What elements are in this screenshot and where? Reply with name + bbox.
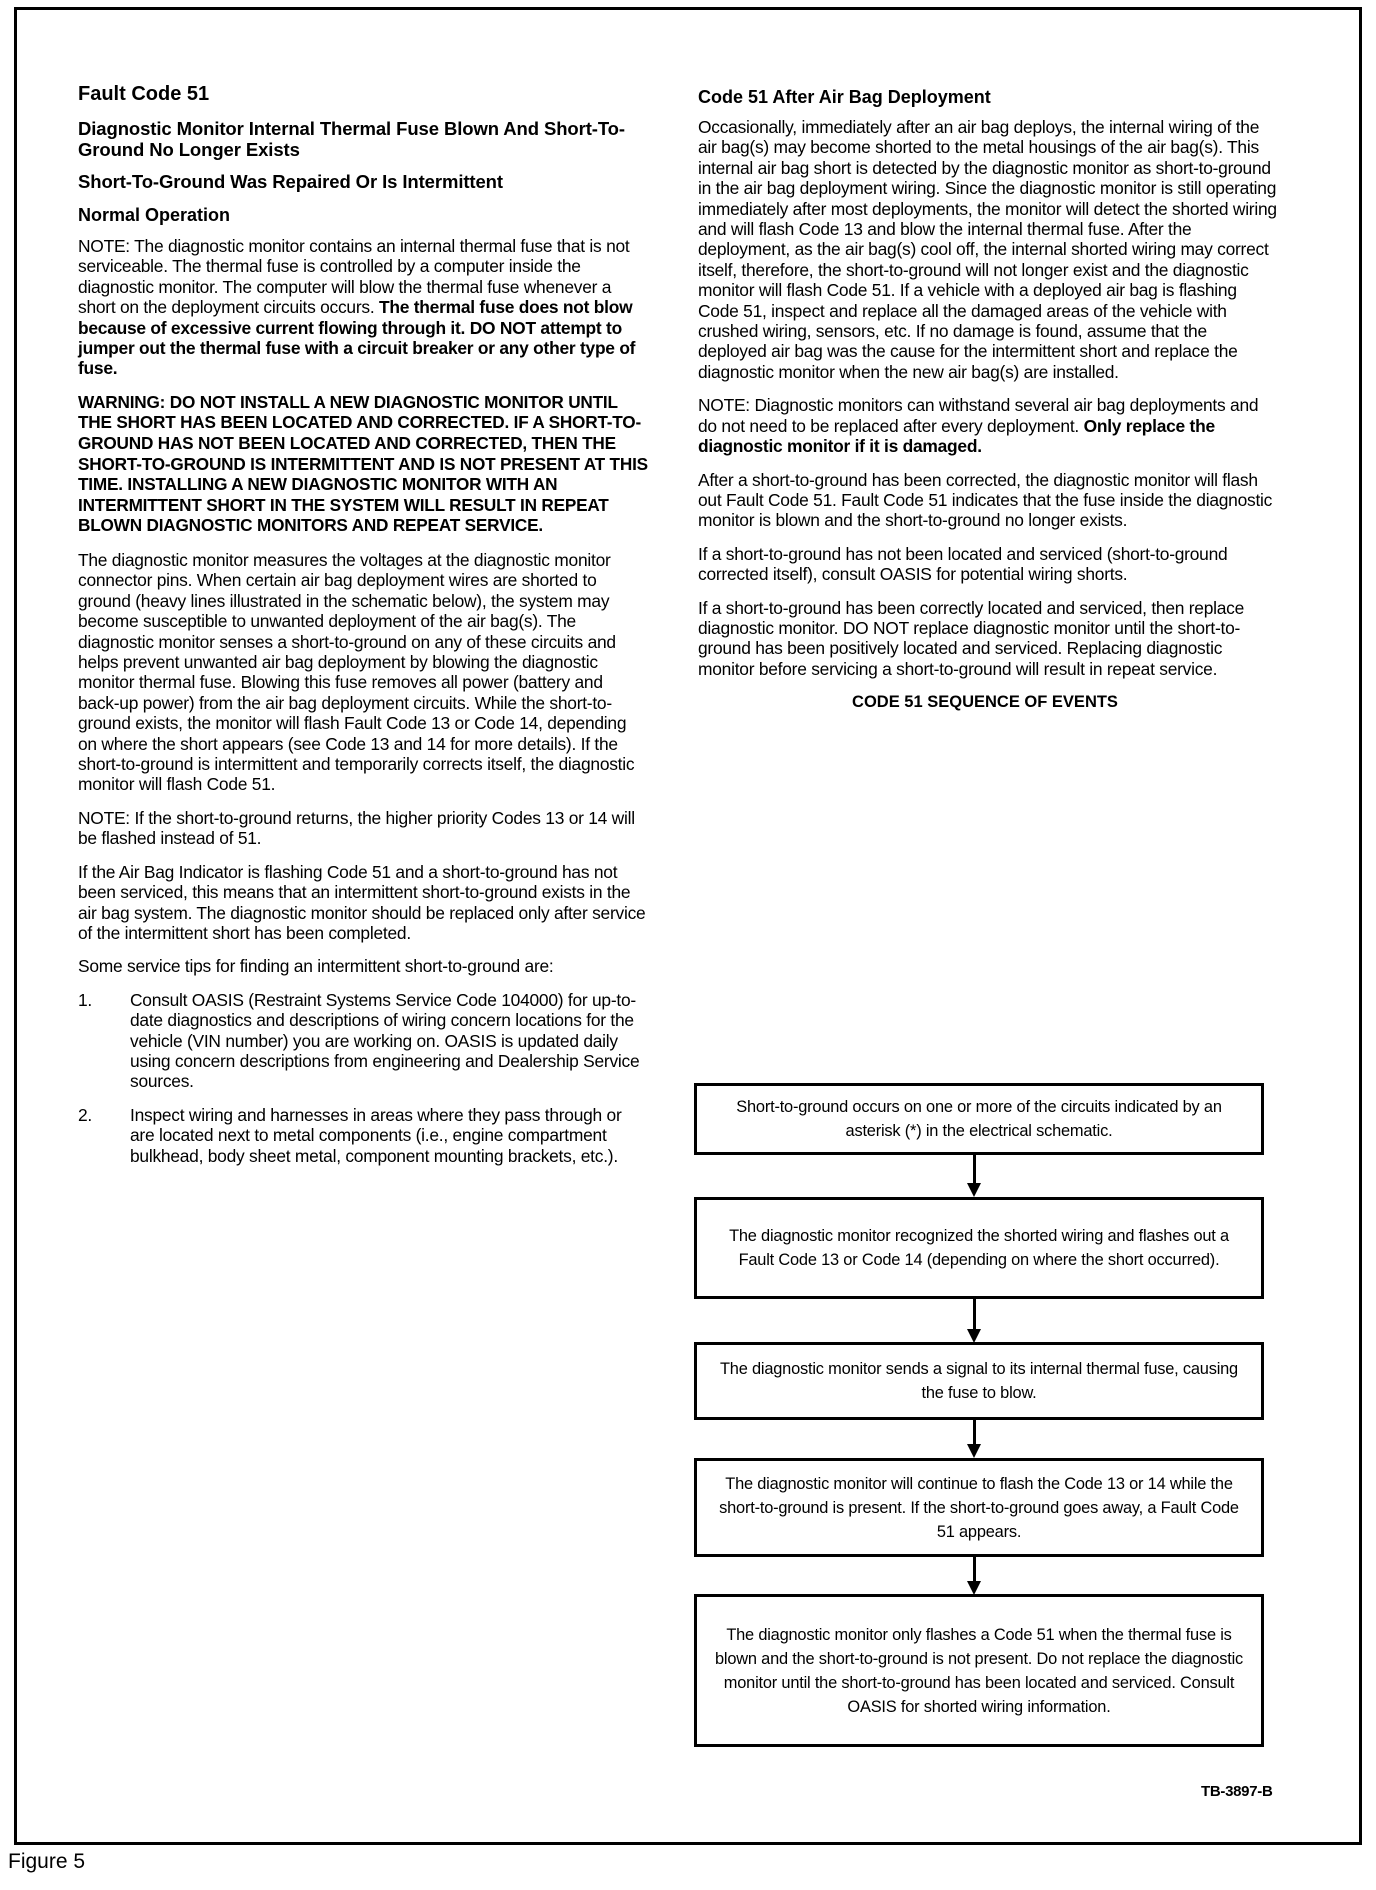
figure-caption: Figure 5 xyxy=(8,1849,85,1875)
tips-intro: Some service tips for finding an intermi… xyxy=(78,956,648,976)
flow-step-text: The diagnostic monitor recognized the sh… xyxy=(711,1224,1247,1272)
paragraph-after-deployment: Occasionally, immediately after an air b… xyxy=(698,117,1278,382)
flow-step-text: The diagnostic monitor only flashes a Co… xyxy=(711,1623,1247,1719)
list-item-text: Consult OASIS (Restraint Systems Service… xyxy=(130,990,648,1092)
note-short-returns: NOTE: If the short-to-ground returns, th… xyxy=(78,808,648,849)
paragraph-consult-oasis: If a short-to-ground has not been locate… xyxy=(698,544,1278,585)
reference-code: TB-3897-B xyxy=(1201,1783,1273,1800)
flow-step-text: Short-to-ground occurs on one or more of… xyxy=(711,1095,1247,1143)
note-withstand-deployments: NOTE: Diagnostic monitors can withstand … xyxy=(698,395,1278,456)
flow-step-4: The diagnostic monitor will continue to … xyxy=(694,1458,1264,1557)
heading-after-deployment: Code 51 After Air Bag Deployment xyxy=(698,86,1278,108)
paragraph-short-corrected: After a short-to-ground has been correct… xyxy=(698,470,1278,531)
left-column: Fault Code 51 Diagnostic Monitor Interna… xyxy=(78,82,648,1179)
flow-step-5: The diagnostic monitor only flashes a Co… xyxy=(694,1594,1264,1747)
warning-block: WARNING: DO NOT INSTALL A NEW DIAGNOSTIC… xyxy=(78,392,648,536)
subtitle-short-repaired: Short-To-Ground Was Repaired Or Is Inter… xyxy=(78,171,648,192)
sequence-title: CODE 51 SEQUENCE OF EVENTS xyxy=(698,692,1272,712)
flow-step-2: The diagnostic monitor recognized the sh… xyxy=(694,1197,1264,1299)
paragraph-indicator-flashing: If the Air Bag Indicator is flashing Cod… xyxy=(78,862,648,944)
flow-step-3: The diagnostic monitor sends a signal to… xyxy=(694,1342,1264,1420)
service-tips-list: 1. Consult OASIS (Restraint Systems Serv… xyxy=(78,990,648,1166)
list-item-number: 1. xyxy=(78,990,130,1092)
list-item-text: Inspect wiring and harnesses in areas wh… xyxy=(130,1105,648,1166)
list-item-number: 2. xyxy=(78,1105,130,1166)
subtitle-thermal-fuse-blown: Diagnostic Monitor Internal Thermal Fuse… xyxy=(78,118,648,160)
list-item: 2. Inspect wiring and harnesses in areas… xyxy=(78,1105,648,1166)
note-thermal-fuse: NOTE: The diagnostic monitor contains an… xyxy=(78,236,648,379)
flow-step-text: The diagnostic monitor sends a signal to… xyxy=(711,1357,1247,1405)
paragraph-replace-monitor: If a short-to-ground has been correctly … xyxy=(698,598,1278,680)
flow-step-text: The diagnostic monitor will continue to … xyxy=(711,1472,1247,1544)
paragraph-monitor-voltages: The diagnostic monitor measures the volt… xyxy=(78,550,648,795)
right-column: Code 51 After Air Bag Deployment Occasio… xyxy=(698,86,1278,712)
flow-step-1: Short-to-ground occurs on one or more of… xyxy=(694,1083,1264,1155)
list-item: 1. Consult OASIS (Restraint Systems Serv… xyxy=(78,990,648,1092)
section-heading-normal-operation: Normal Operation xyxy=(78,204,648,226)
page-title: Fault Code 51 xyxy=(78,82,648,106)
